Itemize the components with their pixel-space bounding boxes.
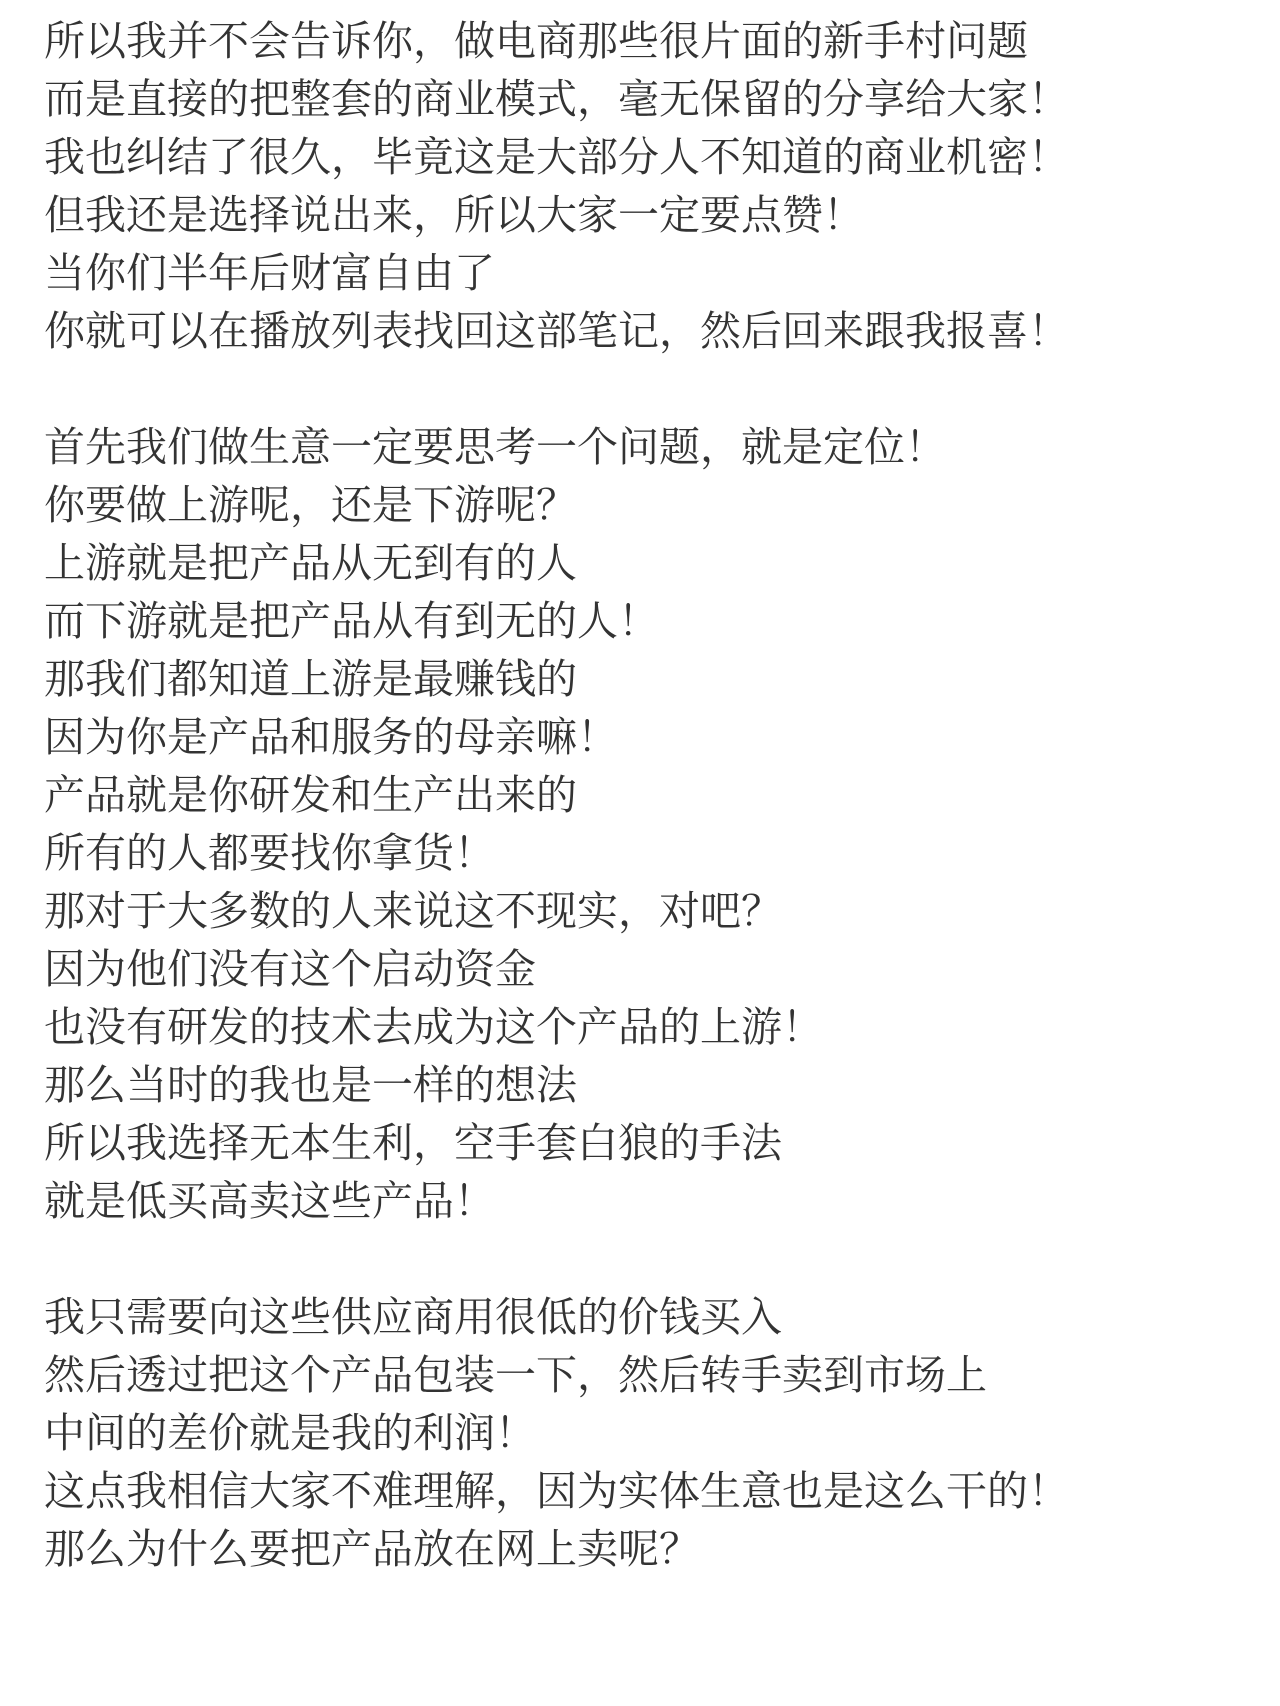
paragraph-spacer: [44, 1230, 1264, 1288]
text-line: 那我们都知道上游是最赚钱的: [44, 650, 1264, 708]
paragraph-1: 所以我并不会告诉你，做电商那些很片面的新手村问题 而是直接的把整套的商业模式，毫…: [44, 12, 1264, 360]
text-line: 而下游就是把产品从有到无的人！: [44, 592, 1264, 650]
text-line: 那对于大多数的人来说这不现实，对吧？: [44, 882, 1264, 940]
text-line: 那么当时的我也是一样的想法: [44, 1056, 1264, 1114]
text-line: 我也纠结了很久，毕竟这是大部分人不知道的商业机密！: [44, 128, 1264, 186]
document-body: 所以我并不会告诉你，做电商那些很片面的新手村问题 而是直接的把整套的商业模式，毫…: [44, 12, 1264, 1578]
text-line: 因为他们没有这个启动资金: [44, 940, 1264, 998]
text-line: 而是直接的把整套的商业模式，毫无保留的分享给大家！: [44, 70, 1264, 128]
text-line: 产品就是你研发和生产出来的: [44, 766, 1264, 824]
text-line: 那么为什么要把产品放在网上卖呢？: [44, 1520, 1264, 1578]
text-line: 所有的人都要找你拿货！: [44, 824, 1264, 882]
text-line: 也没有研发的技术去成为这个产品的上游！: [44, 998, 1264, 1056]
text-line: 中间的差价就是我的利润！: [44, 1404, 1264, 1462]
text-line: 就是低买高卖这些产品！: [44, 1172, 1264, 1230]
text-line: 但我还是选择说出来，所以大家一定要点赞！: [44, 186, 1264, 244]
text-line: 这点我相信大家不难理解，因为实体生意也是这么干的！: [44, 1462, 1264, 1520]
paragraph-spacer: [44, 360, 1264, 418]
text-line: 所以我并不会告诉你，做电商那些很片面的新手村问题: [44, 12, 1264, 70]
text-line: 然后透过把这个产品包装一下，然后转手卖到市场上: [44, 1346, 1264, 1404]
text-line: 因为你是产品和服务的母亲嘛！: [44, 708, 1264, 766]
text-line: 所以我选择无本生利，空手套白狼的手法: [44, 1114, 1264, 1172]
paragraph-3: 我只需要向这些供应商用很低的价钱买入 然后透过把这个产品包装一下，然后转手卖到市…: [44, 1288, 1264, 1578]
paragraph-2: 首先我们做生意一定要思考一个问题，就是定位！ 你要做上游呢，还是下游呢？ 上游就…: [44, 418, 1264, 1230]
text-line: 上游就是把产品从无到有的人: [44, 534, 1264, 592]
text-line: 你要做上游呢，还是下游呢？: [44, 476, 1264, 534]
text-line: 当你们半年后财富自由了: [44, 244, 1264, 302]
text-line: 首先我们做生意一定要思考一个问题，就是定位！: [44, 418, 1264, 476]
text-line: 我只需要向这些供应商用很低的价钱买入: [44, 1288, 1264, 1346]
text-line: 你就可以在播放列表找回这部笔记，然后回来跟我报喜！: [44, 302, 1264, 360]
